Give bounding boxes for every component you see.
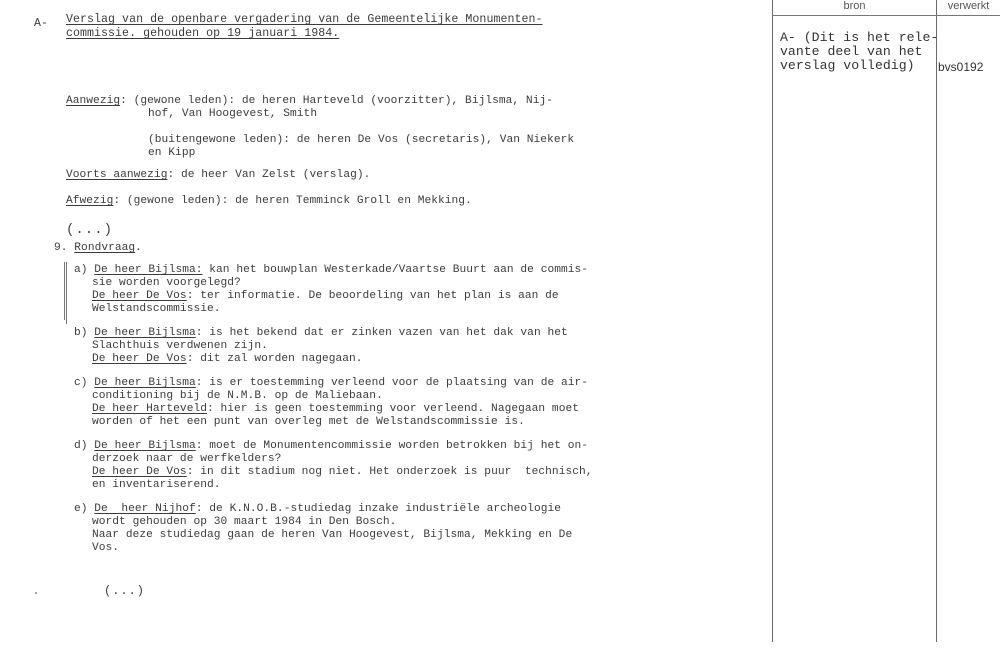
table-header-border: [772, 15, 1000, 16]
item-a-line4: Welstandscommissie.: [92, 303, 221, 316]
item-b-line1: b) De heer Bijlsma: is het bekend dat er…: [74, 327, 568, 340]
speaker: De heer Bijlsma: [94, 377, 195, 389]
item-c-line2: conditioning bij de N.M.B. op de Malieba…: [92, 390, 383, 403]
item-d-line2: derzoek naar de werfkelders?: [92, 453, 281, 466]
speaker: De heer Bijlsma:: [94, 264, 202, 276]
item-a-line3: De heer De Vos: ter informatie. De beoor…: [92, 290, 559, 303]
item-a-line2: sie worden voorgelegd?: [92, 277, 241, 290]
speaker: De heer Nijhof: [94, 503, 195, 515]
item-c-line1: c) De heer Bijlsma: is er toestemming ve…: [74, 377, 588, 390]
also-present-line: Voorts aanwezig: de heer Van Zelst (vers…: [66, 169, 370, 182]
document-marker: A-: [34, 17, 48, 30]
column-header-verwerkt: verwerkt: [937, 0, 1000, 14]
also-present-label: Voorts aanwezig: [66, 169, 167, 181]
item-a-line1: a) De heer Bijlsma: kan het bouwplan Wes…: [74, 264, 588, 277]
margin-mark: [66, 262, 67, 324]
speaker: De heer De Vos: [92, 353, 187, 365]
item-e-line2: wordt gehouden op 30 maart 1984 in Den B…: [92, 516, 396, 529]
bron-cell: A- (Dit is het rele- vante deel van het …: [780, 31, 938, 73]
present-extra-line2: en Kipp: [148, 147, 195, 160]
margin-mark: [64, 262, 65, 320]
item-b-line2: Slachthuis verdwenen zijn.: [92, 340, 268, 353]
speaker: De heer De Vos: [92, 290, 187, 302]
table-column-divider: [936, 0, 937, 642]
section-heading: 9. Rondvraag.: [54, 242, 142, 255]
item-b-line3: De heer De Vos: dit zal worden nagegaan.: [92, 353, 363, 366]
ellipsis-top: (...): [66, 224, 113, 237]
document-title-line2: commissie. gehouden op 19 januari 1984.: [66, 27, 339, 40]
speaker: De heer Bijlsma: [94, 327, 195, 339]
speaker: De heer Harteveld: [92, 403, 207, 415]
present-extra-line1: (buitengewone leden): de heren De Vos (s…: [148, 134, 574, 147]
absent-line: Afwezig: (gewone leden): de heren Temmin…: [66, 195, 472, 208]
table-border-left: [772, 0, 773, 642]
present-label: Aanwezig: [66, 95, 120, 107]
section-title: Rondvraag: [74, 242, 135, 254]
item-d-line3: De heer De Vos: in dit stadium nog niet.…: [92, 466, 593, 479]
ellipsis-bottom: (...): [104, 585, 145, 598]
item-c-line3: De heer Harteveld: hier is geen toestemm…: [92, 403, 579, 416]
item-d-line1: d) De heer Bijlsma: moet de Monumentenco…: [74, 440, 588, 453]
item-c-line4: worden of het een punt van overleg met d…: [92, 416, 525, 429]
item-e-line1: e) De heer Nijhof: de K.N.O.B.-studiedag…: [74, 503, 561, 516]
document-title-line1: Verslag van de openbare vergadering van …: [66, 13, 543, 26]
scan-speck: [35, 592, 37, 594]
item-e-line4: Vos.: [92, 542, 119, 555]
present-regular-line2: hof, Van Hoogevest, Smith: [148, 108, 317, 121]
item-d-line4: en inventariserend.: [92, 479, 221, 492]
speaker: De heer Bijlsma: [94, 440, 195, 452]
verwerkt-cell: bvs0192: [938, 60, 983, 74]
section-number: 9.: [54, 242, 68, 254]
absent-label: Afwezig: [66, 195, 113, 207]
item-e-line3: Naar deze studiedag gaan de heren Van Ho…: [92, 529, 572, 542]
column-header-bron: bron: [773, 0, 936, 14]
speaker: De heer De Vos: [92, 466, 187, 478]
present-regular-line1: Aanwezig: (gewone leden): de heren Harte…: [66, 95, 553, 108]
